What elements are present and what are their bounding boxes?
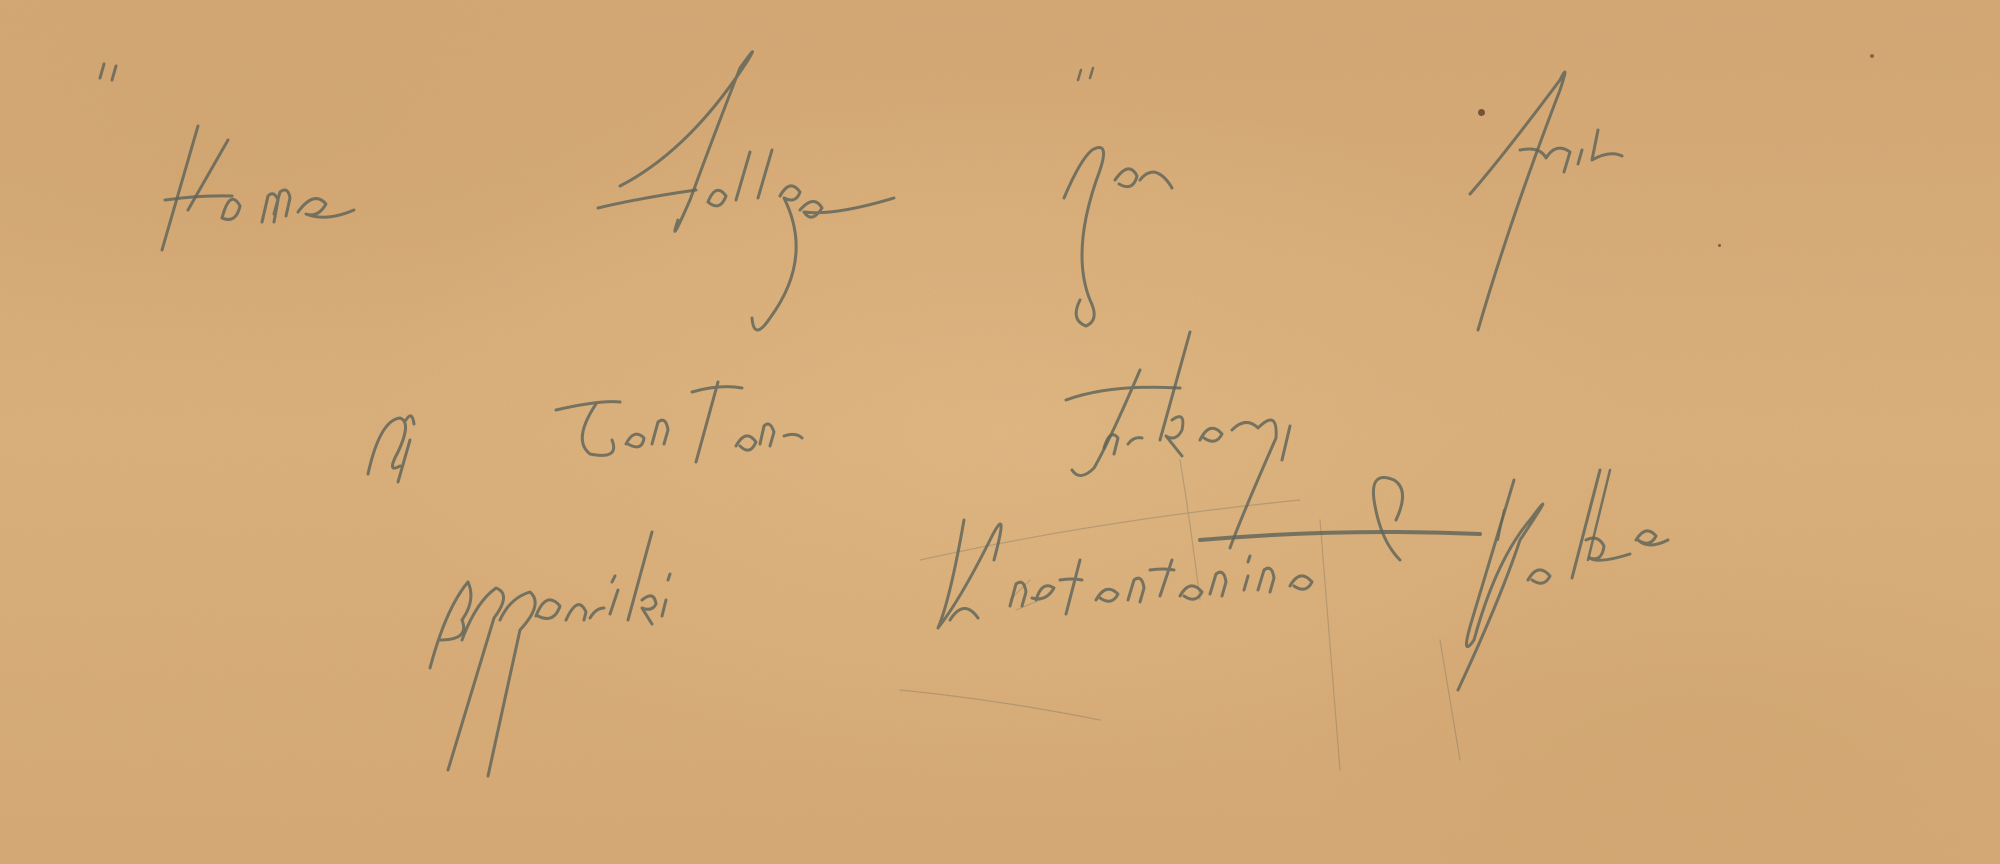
paper-stain-dot (1718, 244, 1721, 247)
paper-texture (0, 0, 2000, 864)
paper-stain-dot (1478, 109, 1485, 116)
handwriting-strokes (0, 0, 2000, 864)
line-1-home-college-for-girls (100, 52, 1622, 330)
line-3-opposite-constantinople (430, 470, 1668, 776)
aged-paper-sheet: "Home College" for Girls at Scutari Turk… (0, 0, 2000, 864)
line-2-at-scutari-turkey (368, 332, 1290, 548)
faint-erasure-marks (900, 460, 1460, 770)
paper-stain-dot (1870, 54, 1874, 58)
